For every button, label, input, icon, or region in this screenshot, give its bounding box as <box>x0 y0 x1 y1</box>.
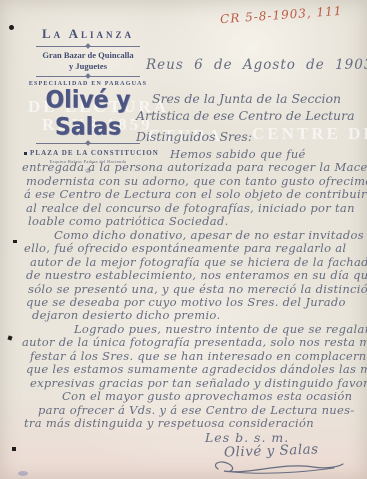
handwritten-line: Como dicho donativo, apesar de no estar … <box>22 229 366 242</box>
letterhead-divider <box>36 76 140 77</box>
handwritten-line: autor de la mejor fotografía que se hici… <box>22 256 366 269</box>
letterhead-company-name: Olivé y Salas <box>24 87 152 141</box>
handwritten-line: sólo se presentó una, y que ésta no mere… <box>22 283 366 296</box>
letterhead-brand: La Alianza <box>24 26 152 42</box>
handwritten-line: que se deseaba por cuyo motivo los Sres.… <box>22 296 366 309</box>
punch-hole <box>9 25 14 30</box>
signature-flourish-icon <box>208 458 348 476</box>
handwritten-line: festar á los Sres. que se han interesado… <box>22 350 366 363</box>
dateline: Reus 6 de Agosto de 1903 <box>146 57 367 73</box>
letterhead-divider <box>36 46 140 47</box>
ink-speck <box>12 447 16 451</box>
watermark-text: CENTRE DE L <box>252 124 367 144</box>
letterhead-divider <box>36 143 140 144</box>
handwritten-line: para ofrecer á Vds. y á ese Centro de Le… <box>22 404 366 417</box>
handwritten-line: al realce del concurso de fotografías, i… <box>22 202 366 215</box>
recipient-block: Sres de la Junta de la Seccion Artistica… <box>136 90 355 124</box>
letterhead-subtitle: Gran Bazar de Quincalla y Juguetes <box>24 50 152 72</box>
handwritten-line: Hemos sabido que fué <box>22 148 366 161</box>
handwritten-line: entregada á la persona autorizada para r… <box>22 161 366 174</box>
ink-smudge <box>18 471 28 476</box>
handwritten-line: expresivas gracias por tan señalado y di… <box>22 377 366 390</box>
handwritten-line: Con el mayor gusto aprovechamos esta oca… <box>22 390 366 403</box>
handwritten-line: que les estamos sumamente agradecidos dá… <box>22 363 366 376</box>
handwritten-line: ello, fué ofrecido espontáneamente para … <box>22 242 366 255</box>
salutation: Distinguidos Sres: <box>136 129 252 144</box>
recipient-line1: Sres de la Junta de la Seccion <box>136 90 355 107</box>
handwritten-line: modernista con su adorno, que con tanto … <box>22 175 366 188</box>
handwritten-line: loable como patriótica Sociedad. <box>22 215 366 228</box>
handwritten-line: tra más distinguida y respetuosa conside… <box>22 417 366 430</box>
recipient-line2: Artistica de ese Centro de Lectura <box>136 107 355 124</box>
ink-speck <box>13 240 17 243</box>
handwritten-line: de nuestro establecimiento, nos enteramo… <box>22 269 366 282</box>
letterhead-subtitle-line2: y Juguetes <box>24 61 152 72</box>
scanned-letter-page: DE LECTURA REUS 1859 CTURA CENTRE DE L C… <box>0 0 367 479</box>
handwritten-line: autor de la única fotografía presentada,… <box>22 336 366 349</box>
letterhead-subtitle-line1: Gran Bazar de Quincalla <box>24 50 152 61</box>
archive-annotation: CR 5-8-1903, 111 <box>220 4 343 27</box>
ink-speck <box>7 335 12 340</box>
handwritten-line: á ese Centro de Lectura con el solo obje… <box>22 188 366 201</box>
handwritten-line: dejaron desierto dicho premio. <box>22 309 366 322</box>
handwritten-line: Logrado pues, nuestro intento de que se … <box>22 323 366 336</box>
letter-body: Hemos sabido que fuéentregada á la perso… <box>22 148 366 431</box>
